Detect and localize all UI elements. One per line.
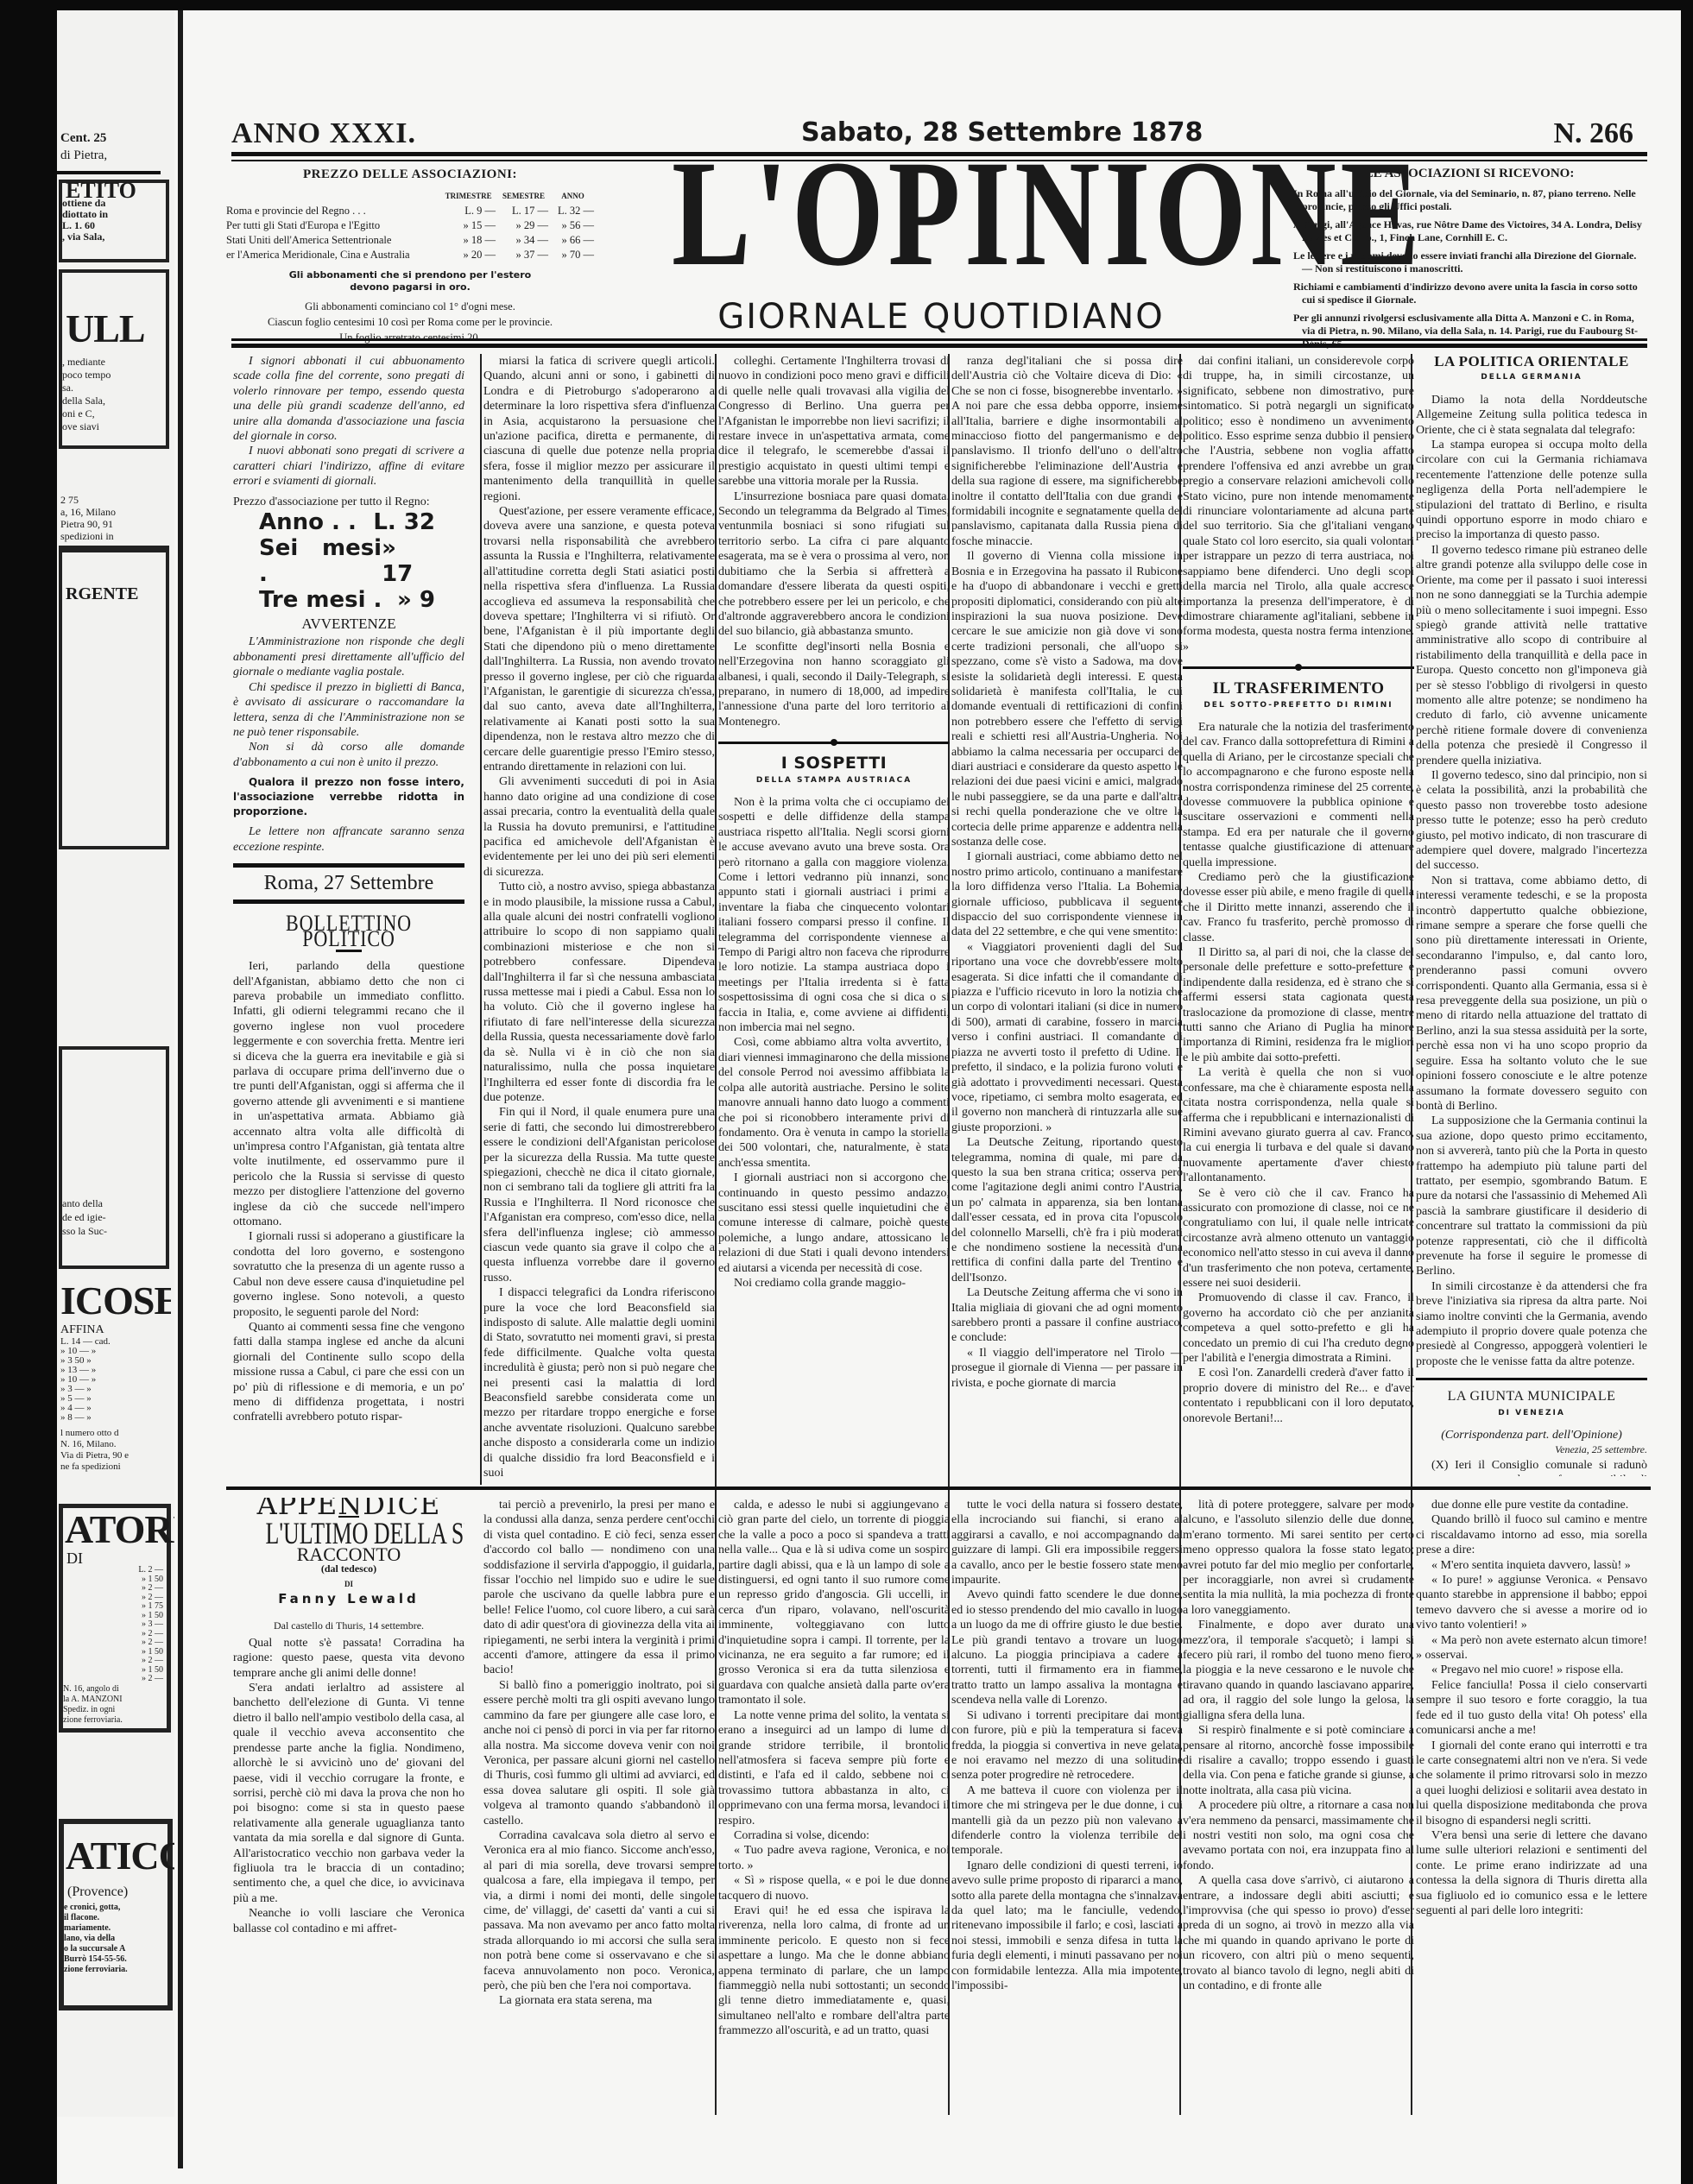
- strip-rule: [57, 171, 161, 174]
- bollettino-heading: BOLLETTINO POLITICO: [250, 916, 447, 946]
- avvertenza: Chi spedisce il prezzo in biglietti di B…: [233, 680, 464, 741]
- story-paragraph: A me batteva il cuore con violenza per i…: [951, 1783, 1183, 1859]
- article-paragraph: « Viaggiatori provenienti dagli del Sud …: [951, 940, 1183, 1135]
- strip-ad-line: a, 16, Milano: [60, 506, 171, 518]
- story-title: L'ULTIMO DELLA SUA STIRPE: [266, 1526, 433, 1541]
- prices-heading: PREZZO DELLE ASSOCIAZIONI:: [224, 167, 596, 182]
- avvertenza: Non si dà corso alle domande d'abbonamen…: [233, 740, 464, 770]
- offices-heading: LE ASSOCIAZIONI SI RICEVONO:: [1292, 167, 1647, 180]
- strip-ad-line: ne fa spedizioni: [60, 1461, 171, 1473]
- col-trimestre: TRIMESTRE: [439, 189, 497, 204]
- appendix-heading: APPENDICE: [233, 1498, 464, 1512]
- strip-ad-7-title: ATORI: [65, 1508, 167, 1551]
- strip-ad-line: lano, via della: [64, 1934, 167, 1944]
- strip-ad-line: sa.: [62, 382, 166, 395]
- header-rule-1: [231, 338, 1647, 341]
- strip-ad-5: anto dellade ed igie-sso la Suc-: [59, 1046, 169, 1269]
- article-paragraph: ranza degl'italiani che si possa dire de…: [951, 354, 1183, 549]
- giunta-subheading: DI VENEZIA: [1416, 1406, 1647, 1421]
- strip-ad-7: ATORI DI L. 2 —» 1 50» 2 —» 2 —» 1 75» 1…: [59, 1504, 171, 1733]
- column-6: LA POLITICA ORIENTALE DELLA GERMANIA Dia…: [1416, 354, 1647, 1476]
- politica-paragraph: Il governo tedesco, sino dal principio, …: [1416, 768, 1647, 874]
- column-5: dai confini italiani, un considerevole c…: [1183, 354, 1414, 1426]
- sospetti-paragraph: I giornali austriaci non si accorgono ch…: [718, 1171, 950, 1276]
- story-paragraph: Corradina cavalcava sola dietro al servo…: [483, 1828, 715, 1993]
- story-paragraph: « Io pure! » aggiunse Veronica. « Pensav…: [1416, 1573, 1647, 1633]
- strip-ad-line: , via Sala,: [62, 231, 166, 243]
- price-row: er l'America Meridionale, Cina e Austral…: [224, 248, 596, 262]
- story-paragraph: « Tuo padre aveva ragione, Veronica, e n…: [718, 1843, 950, 1873]
- subscription-prices: PREZZO DELLE ASSOCIAZIONI: TRIMESTRE SEM…: [224, 167, 596, 345]
- story-by: DI: [233, 1577, 464, 1592]
- trasferimento-paragraph: Il Diritto sa, al pari di noi, che la cl…: [1183, 945, 1414, 1065]
- column-3: colleghi. Certamente l'Inghilterra trova…: [718, 354, 950, 1291]
- col-semestre: SEMESTRE: [497, 189, 550, 204]
- section-rule: [233, 863, 464, 868]
- story-paragraph: La notte venne prima del solito, la vent…: [718, 1708, 950, 1828]
- strip-ad-line: o la succursale A: [64, 1944, 167, 1954]
- trasferimento-heading: IL TRASFERIMENTO: [1183, 681, 1414, 696]
- strip-ad-2-lines: , mediantepoco temposa.della Sala,oni e …: [62, 356, 166, 433]
- foreign-notice: Gli abbonamenti che si prendono per l'es…: [224, 269, 596, 294]
- strip-ad-line: e cronici, gotta,: [64, 1903, 167, 1913]
- strip-price-line: » 2 —: [63, 1675, 163, 1684]
- appendix-rule: [226, 1487, 1651, 1490]
- strip-ad-line: , mediante: [62, 356, 166, 369]
- sospetti-paragraph: Non è la prima volta che ci occupiamo de…: [718, 795, 950, 1036]
- giunta-paragraph: (X) Ieri il Consiglio comunale si radunò…: [1416, 1458, 1647, 1476]
- section-rule: [233, 899, 464, 904]
- column-rule: [480, 354, 482, 1485]
- strip-ad-7-tail: N. 16, angolo dila A. MANZONISpediz. in …: [63, 1684, 167, 1726]
- newspaper-title-block: L'OPINIONE GIORNALE QUOTIDIANO: [596, 138, 1286, 337]
- office-item: Le lettere e i reclami devono essere inv…: [1292, 249, 1647, 275]
- story-paragraph: Ignaro delle condizioni di questi terren…: [951, 1859, 1183, 1994]
- strip-ad-7-sub: DI: [66, 1551, 167, 1566]
- kingdom-price-row: Sei mesi .» 17: [233, 535, 464, 587]
- article-paragraph: I giornali austriaci, come abbiamo detto…: [951, 849, 1183, 939]
- kingdom-price-row: Anno . .L. 32: [233, 509, 464, 535]
- story-paragraph: Qual notte s'è passata! Corradina ha rag…: [233, 1636, 464, 1681]
- appendix-column-1: APPENDICE L'ULTIMO DELLA SUA STIRPE RACC…: [233, 1498, 464, 1936]
- trasferimento-paragraph: Promuovendo di classe il cav. Franco, il…: [1183, 1291, 1414, 1366]
- subscription-offices: LE ASSOCIAZIONI SI RICEVONO: In Roma all…: [1292, 167, 1647, 356]
- story-paragraph: Quando brillò il fuoco sul camino e ment…: [1416, 1512, 1647, 1557]
- adjacent-page-strip: Cent. 25 di Pietra, ETITO ottiene dadiot…: [57, 10, 174, 2117]
- story-paragraph: Finalmente, e dopo aver durato una mezz'…: [1183, 1618, 1414, 1723]
- appendix-column-6: due donne elle pure vestite da contadine…: [1416, 1498, 1647, 1918]
- strip-price-line: L. 2 —: [63, 1566, 163, 1575]
- strip-ad-4: RGENTE: [59, 546, 169, 849]
- story-paragraph: A quella casa dove s'arrivò, ci aiutaron…: [1183, 1873, 1414, 1993]
- strip-ad-1: ETITO ottiene dadiottato inL. 1. 60, via…: [59, 180, 169, 262]
- trasferimento-subheading: DEL SOTTO-PREFETTO DI RIMINI: [1183, 698, 1414, 713]
- scan-border-right: [1681, 0, 1693, 2184]
- renewal-notice: I signori abbonati il cui abbuonamento s…: [233, 354, 464, 444]
- strip-ad-line: oni e C,: [62, 407, 166, 420]
- office-item: A Parigi, all'Agence Havas, rue Nôtre Da…: [1292, 218, 1647, 244]
- appendix-column-5: lità di potere proteggere, salvare per m…: [1183, 1498, 1414, 1993]
- strip-ad-line: mariamente.: [64, 1923, 167, 1934]
- story-paragraph: Felice fanciulla! Possa il cielo conserv…: [1416, 1678, 1647, 1739]
- strip-ad-6-prices: L. 14 — cad.» 10 — »» 3 50 »» 13 — »» 10…: [60, 1337, 171, 1423]
- strip-ad-line: N. 16, Milano.: [60, 1439, 171, 1450]
- avvertenza: L'Amministrazione non risponde che degli…: [233, 634, 464, 679]
- dateline: Roma, 27 Settembre: [233, 876, 464, 891]
- page-gutter-line: [178, 10, 183, 2168]
- trasferimento-paragraph: Era naturale che la notizia del trasferi…: [1183, 720, 1414, 870]
- trasferimento-paragraph: Se è vero ciò che il cav. Franco ha assi…: [1183, 1186, 1414, 1291]
- strip-ad-8-sub: (Provence): [67, 1884, 167, 1899]
- politica-paragraph: La supposizione che la Germania continui…: [1416, 1114, 1647, 1278]
- article-paragraph: La Deutsche Zeitung, riportando questo t…: [951, 1135, 1183, 1285]
- strip-ad-line: zione ferroviaria.: [63, 1715, 167, 1726]
- story-paragraph: Eravi qui! he ed essa che ispirava la ri…: [718, 1903, 950, 2039]
- story-paragraph: V'era bensì una serie di lettere che dav…: [1416, 1828, 1647, 1918]
- prices-table: TRIMESTRE SEMESTRE ANNO Roma e provincie…: [224, 189, 596, 262]
- article-paragraph: La Deutsche Zeitung afferma che vi sono …: [951, 1285, 1183, 1346]
- story-paragraph: Avevo quindi fatto scendere le due donne…: [951, 1588, 1183, 1707]
- strip-ad-line: Via di Pietra, 90 e: [60, 1450, 171, 1461]
- price-row: Per tutti gli Stati d'Europa e l'Egitto»…: [224, 218, 596, 233]
- article-paragraph: miarsi la fatica di scrivere quegli arti…: [483, 354, 715, 504]
- story-origin: (dal tedesco): [233, 1562, 464, 1576]
- story-paragraph: La giornata era stata serena, ma: [483, 1993, 715, 2008]
- unstamped-letters-notice: Le lettere non affrancate saranno senza …: [233, 824, 464, 855]
- masthead-spacer: [230, 121, 1642, 128]
- strip-ad-8-lines: e cronici, gotta,il flacone.mariamente.l…: [64, 1903, 167, 1975]
- story-paragraph: due donne elle pure vestite da contadine…: [1416, 1498, 1647, 1512]
- trasferimento-paragraph: Crediamo però che la giustificazione dov…: [1183, 870, 1414, 945]
- story-paragraph: tai perciò a prevenirlo, la presi per ma…: [483, 1498, 715, 1678]
- strip-ad-line: della Sala,: [62, 395, 166, 407]
- giunta-date: Venezia, 25 settembre.: [1416, 1442, 1647, 1457]
- article-paragraph: « Il viaggio dell'imperatore nel Tirolo …: [951, 1346, 1183, 1391]
- strip-ad-8: ATICO (Provence) e cronici, gotta,il fla…: [59, 1819, 173, 2010]
- kingdom-prices: Anno . .L. 32Sei mesi .» 17Tre mesi .» 9: [233, 509, 464, 613]
- story-paragraph: « Pregavo nel mio cuore! » rispose ella.: [1416, 1663, 1647, 1677]
- story-paragraph: Si udivano i torrenti precipitare dai mo…: [951, 1708, 1183, 1783]
- strip-ad-line: la A. MANZONI: [63, 1695, 167, 1705]
- story-paragraph: « Ma però non avete esternato alcun timo…: [1416, 1633, 1647, 1663]
- story-paragraph: Neanche io volli lasciare che Veronica b…: [233, 1906, 464, 1936]
- scan-border-left: [0, 0, 57, 2184]
- strip-ad-line: ove siavi: [62, 420, 166, 433]
- strip-ad-6: ICOSE AFFINA L. 14 — cad.» 10 — »» 3 50 …: [60, 1279, 171, 1473]
- story-paragraph: tutte le voci della natura si fossero de…: [951, 1498, 1183, 1588]
- appendix-column-2: tai perciò a prevenirlo, la presi per ma…: [483, 1498, 715, 2009]
- strip-price-line: » 2 —: [63, 1638, 163, 1648]
- story-paragraph: « M'ero sentita inquieta davvero, lassù!…: [1416, 1558, 1647, 1573]
- strip-price-line: » 8 — »: [60, 1413, 171, 1423]
- strip-price-line: » 3 —: [63, 1620, 163, 1630]
- strip-price-line: » 1 75: [63, 1602, 163, 1612]
- price-row: Stati Uniti dell'America Settentrionale»…: [224, 233, 596, 248]
- strip-ad-7-prices: L. 2 —» 1 50» 2 —» 2 —» 1 75» 1 50» 3 —»…: [63, 1566, 167, 1684]
- price-row: Roma e provincie del Regno . . .L. 9 —L.…: [224, 204, 596, 218]
- sospetti-paragraph: Noi crediamo colla grande maggio-: [718, 1276, 950, 1291]
- strip-ad-line: Burrò 154-55-56.: [64, 1954, 167, 1965]
- sospetti-heading: I SOSPETTI: [718, 756, 950, 771]
- article-paragraph: Quest'azione, per essere veramente effic…: [483, 504, 715, 774]
- politica-paragraph: Diamo la nota della Norddeutsche Allgeme…: [1416, 393, 1647, 438]
- article-paragraph: Fin qui il Nord, il quale enumera pure u…: [483, 1105, 715, 1285]
- politica-paragraph: Non si trattava, come abbiamo detto, di …: [1416, 874, 1647, 1114]
- strip-price-line: » 2 —: [63, 1584, 163, 1594]
- trasferimento-paragraph: La verità è quella che non si vuol confe…: [1183, 1065, 1414, 1185]
- article-paragraph: Le sconfitte degl'insorti nella Bosnia e…: [718, 640, 950, 729]
- kingdom-price-row: Tre mesi .» 9: [233, 587, 464, 613]
- giunta-correspondence: (Corrispondenza part. dell'Opinione): [1416, 1428, 1647, 1442]
- scan-border-top: [0, 0, 1693, 10]
- section-rule: [1416, 1378, 1647, 1380]
- column-2: miarsi la fatica di scrivere quegli arti…: [483, 354, 715, 1476]
- sospetti-paragraph: Così, come abbiamo altra volta avvertito…: [718, 1035, 950, 1171]
- story-paragraph: calda, e adesso le nubi si aggiungevano …: [718, 1498, 950, 1708]
- politica-paragraph: In simili circostanze è da attendersi ch…: [1416, 1279, 1647, 1369]
- article-paragraph: dai confini italiani, un considerevole c…: [1183, 354, 1414, 654]
- politica-paragraph: Il governo tedesco rimane più estraneo d…: [1416, 543, 1647, 768]
- trasferimento-paragraph: E così l'on. Zanardelli crederà d'aver f…: [1183, 1366, 1414, 1426]
- story-paragraph: S'era andati ierlaltro ad assistere al b…: [233, 1681, 464, 1906]
- col-anno: ANNO: [550, 189, 596, 204]
- strip-ad-2-title: ULL: [66, 307, 166, 350]
- story-paragraph: A procedere più oltre, a ritornare a cas…: [1183, 1798, 1414, 1873]
- strip-ad-line: zione ferroviaria.: [64, 1965, 167, 1975]
- giunta-heading: LA GIUNTA MUNICIPALE: [1416, 1389, 1647, 1404]
- story-paragraph: lità di potere proteggere, salvare per m…: [1183, 1498, 1414, 1618]
- strip-ad-line: il flacone.: [64, 1913, 167, 1923]
- newspaper-title: L'OPINIONE: [672, 138, 1210, 290]
- politica-subheading: DELLA GERMANIA: [1416, 370, 1647, 385]
- office-item: In Roma all'ufficio del Giornale, via de…: [1292, 187, 1647, 213]
- strip-ad-line: de ed igie-: [62, 1210, 166, 1224]
- strip-ad-line: sso la Suc-: [62, 1224, 166, 1238]
- bollettino-paragraph: I giornali russi si adoperano a giustifi…: [233, 1229, 464, 1319]
- story-paragraph: Si ballò fino a pomeriggio inoltrato, po…: [483, 1678, 715, 1828]
- article-paragraph: Il governo di Vienna colla missione in B…: [951, 549, 1183, 849]
- partial-payment-notice: Qualora il prezzo non fosse intero, l'as…: [233, 775, 464, 819]
- strip-ad-line: 2 75: [60, 494, 171, 506]
- strip-ad-line: spedizioni in: [60, 530, 171, 542]
- kingdom-price-label: Prezzo d'associazione per tutto il Regno…: [233, 495, 464, 509]
- avvertenze-heading: AVVERTENZE: [233, 616, 464, 631]
- sospetti-subheading: DELLA STAMPA AUSTRIACA: [718, 773, 950, 788]
- strip-ad-8-title: ATICO: [66, 1834, 167, 1878]
- section-rule: [718, 742, 950, 744]
- column-1: I signori abbonati il cui abbuonamento s…: [233, 354, 464, 1425]
- story-paragraph: Si respirò finalmente e si potè comincia…: [1183, 1723, 1414, 1798]
- story-paragraph: « Sì » rispose quella, « e poi le due do…: [718, 1873, 950, 1903]
- strip-ad-line: Spediz. in ogni: [63, 1705, 167, 1715]
- strip-ad-6-tail: l numero otto dN. 16, Milano.Via di Piet…: [60, 1428, 171, 1473]
- strip-price: Cent. 25: [60, 131, 171, 146]
- article-paragraph: colleghi. Certamente l'Inghilterra trova…: [718, 354, 950, 489]
- newspaper-subtitle: GIORNALE QUOTIDIANO: [596, 297, 1286, 337]
- strip-ad-line: l numero otto d: [60, 1428, 171, 1439]
- strip-ad-6-title: ICOSE: [60, 1279, 171, 1322]
- strip-ad-1-title: ETITO: [66, 183, 166, 198]
- bollettino-body: Ieri, parlando della questione dell'Afga…: [233, 959, 464, 1425]
- strip-ad-line: Pietra 90, 91: [60, 518, 171, 530]
- strip-price-line: » 2 —: [63, 1657, 163, 1666]
- avvertenze-list: L'Amministrazione non risponde che degli…: [233, 634, 464, 770]
- strip-ad-line: N. 16, angolo di: [63, 1684, 167, 1695]
- story-author: Fanny Lewald: [233, 1592, 464, 1606]
- new-subscribers-notice: I nuovi abbonati sono pregati di scriver…: [233, 444, 464, 489]
- article-paragraph: Gli avvenimenti succeduti di poi in Asia…: [483, 774, 715, 880]
- column-4: ranza degl'italiani che si possa dire de…: [951, 354, 1183, 1391]
- strip-ad-2: ULL , mediantepoco temposa.della Sala,on…: [59, 269, 169, 449]
- politica-paragraph: La stampa europea si occupa molto della …: [1416, 438, 1647, 543]
- story-paragraph: I giornali del conte erano qui interrott…: [1416, 1739, 1647, 1828]
- article-paragraph: Tutto ciò, a nostro avviso, spiega abbas…: [483, 880, 715, 1105]
- strip-ad-4-title: RGENTE: [66, 587, 166, 602]
- appendix-column-4: tutte le voci della natura si fossero de…: [951, 1498, 1183, 1993]
- office-item: Richiami e cambiamenti d'indirizzo devon…: [1292, 281, 1647, 306]
- header-rule-2: [231, 344, 1647, 348]
- strip-ad-5-lines: anto dellade ed igie-sso la Suc-: [62, 1196, 166, 1238]
- strip-address: di Pietra,: [60, 148, 171, 163]
- appendix-column-3: calda, e adesso le nubi si aggiungevano …: [718, 1498, 950, 2039]
- story-dateline: Dal castello di Thuris, 14 settembre.: [233, 1619, 464, 1633]
- strip-ad-1-lines: ottiene dadiottato inL. 1. 60, via Sala,: [62, 198, 166, 243]
- strip-ad-3: 2 75a, 16, MilanoPietra 90, 91spedizioni…: [60, 451, 171, 542]
- strip-ad-line: anto della: [62, 1196, 166, 1210]
- strip-ad-6-sub: AFFINA: [60, 1322, 171, 1337]
- strip-ad-line: poco tempo: [62, 369, 166, 382]
- article-paragraph: L'insurrezione bosniaca pare quasi domat…: [718, 489, 950, 640]
- story-paragraph: Corradina si volse, dicendo:: [718, 1828, 950, 1843]
- bollettino-paragraph: Quanto ai commenti sessa fine che vengon…: [233, 1320, 464, 1425]
- bollettino-paragraph: Ieri, parlando della questione dell'Afga…: [233, 959, 464, 1229]
- politica-heading: LA POLITICA ORIENTALE: [1416, 354, 1647, 369]
- section-rule: [1183, 666, 1414, 669]
- column-rule: [715, 354, 717, 2115]
- article-paragraph: I dispacci telegrafici da Londra riferis…: [483, 1285, 715, 1476]
